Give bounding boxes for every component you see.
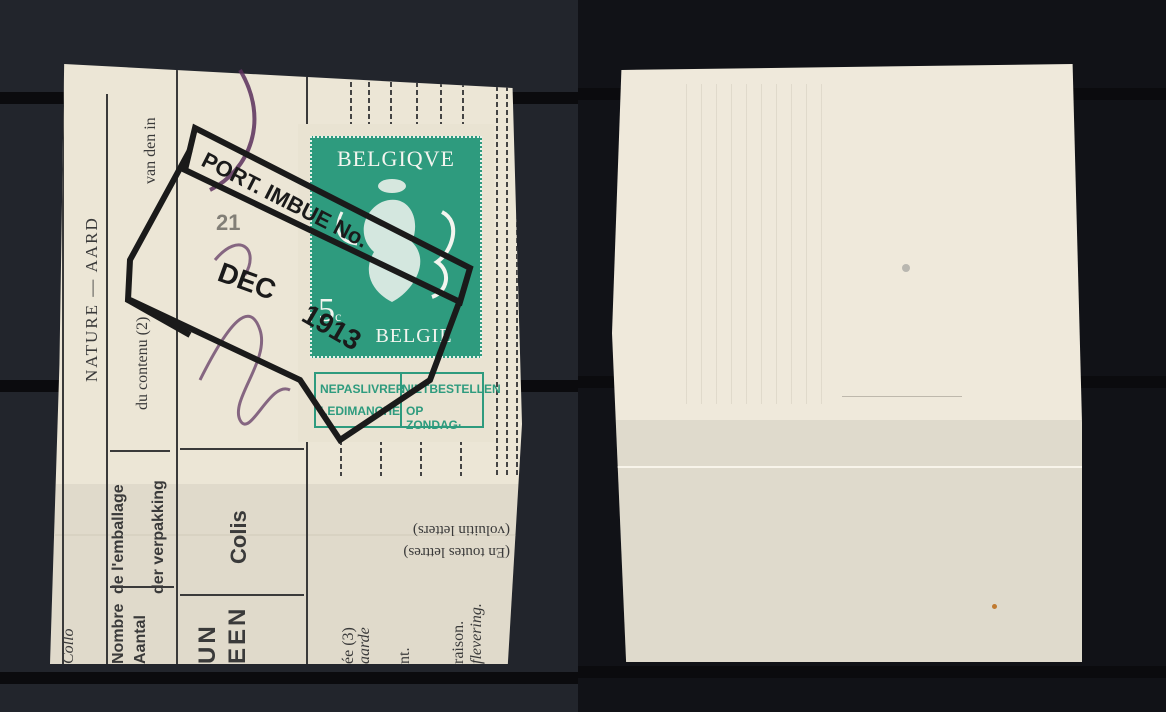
stock-strip <box>578 666 1166 678</box>
postmark-year: 1913 <box>297 298 366 356</box>
fold-crease <box>612 466 1082 468</box>
show-through-rule <box>842 396 962 397</box>
postmark-text: PORT. IMBUE No. <box>198 147 373 253</box>
ink-spot <box>902 264 910 272</box>
back-fragment <box>612 64 1082 662</box>
postmark-frame <box>130 300 460 440</box>
paper-shade <box>612 420 1082 662</box>
foxing-spot <box>992 604 997 609</box>
postmark-month: DEC <box>214 257 280 306</box>
postmark-overlay: PORT. IMBUE No. 21 DEC 1913 <box>0 0 578 712</box>
show-through-lines <box>672 84 832 404</box>
postmark-frame <box>128 150 190 335</box>
postmark-day: 21 <box>216 210 240 235</box>
